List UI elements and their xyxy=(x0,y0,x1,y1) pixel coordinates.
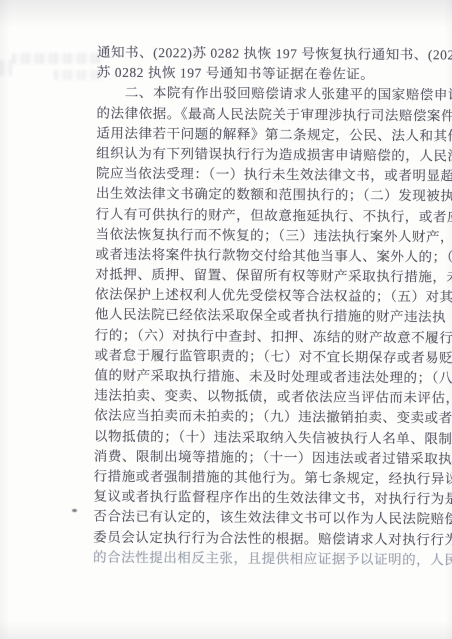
scan-edge-shadow-bottom xyxy=(0,621,452,639)
scan-edge-shadow-left xyxy=(0,0,10,639)
document-text: 通知书、(2022)苏 0282 执恢 197 号恢复执行通知书、(2022)苏… xyxy=(93,43,437,571)
text-line: 值的财产采取执行措施、未及时处理或者违法处理的；（八） xyxy=(94,366,434,389)
ink-speck xyxy=(72,509,77,512)
text-line: 院应当依法受理：（一）执行未生效法律文书，或者明显超 xyxy=(96,164,436,187)
text-line: 他人民法院已经依法采取保全或者执行措施的财产违法执 xyxy=(95,305,435,328)
text-line: 依法保护上述权利人优先受偿权等合法权益的；（五）对其 xyxy=(95,285,435,308)
text-line: 依法应当拍卖而未拍卖的；（九）违法撤销拍卖、变卖或者 xyxy=(94,406,434,429)
text-line: 否合法已有认定的，该生效法律文书可以作为人民法院赔偿 xyxy=(93,507,433,530)
text-line: 以物抵债的；（十）违法采取纳入失信被执行人名单、限制 xyxy=(94,426,434,449)
scanned-document-page: 通知书、(2022)苏 0282 执恢 197 号恢复执行通知书、(2022)苏… xyxy=(0,0,452,639)
text-line: 行措施或者强制措施的其他行为。第七条规定，经执行异议、 xyxy=(94,467,434,490)
scan-edge-shadow-top xyxy=(0,0,452,28)
bleed-through-ghost xyxy=(54,70,102,80)
text-line: 对抵押、质押、留置、保留所有权等财产采取执行措施，未 xyxy=(95,265,435,288)
text-line: 二、本院有作出驳回赔偿请求人张建平的国家赔偿申请 xyxy=(97,83,437,106)
text-line: 行人有可供执行的财产，但故意拖延执行、不执行，或者应 xyxy=(96,204,436,227)
text-line: 违法拍卖、变卖、以物抵债，或者依法应当评估而未评估， xyxy=(94,386,434,409)
text-line: 的法律依据。《最高人民法院关于审理涉执行司法赔偿案件 xyxy=(96,103,436,126)
text-line: 出生效法律文书确定的数额和范围执行的；（二）发现被执 xyxy=(96,184,436,207)
text-line: 行的；（六）对执行中查封、扣押、冻结的财产故意不履行 xyxy=(95,325,435,348)
text-line: 的合法性提出相反主张，且提供相应证据予以证明的，人民 xyxy=(93,547,433,570)
text-line: 苏 0282 执恢 197 号通知书等证据在卷佐证。 xyxy=(97,63,437,86)
text-line: 消费、限制出境等措施的；（十一）因违法或者过错采取执 xyxy=(94,446,434,469)
text-line: 通知书、(2022)苏 0282 执恢 197 号恢复执行通知书、(2022) xyxy=(97,43,437,66)
text-line: 复议或者执行监督程序作出的生效法律文书，对执行行为是 xyxy=(93,487,433,510)
bleed-through-ghost xyxy=(12,53,102,64)
text-line: 委员会认定执行行为合法性的根据。赔偿请求人对执行行为 xyxy=(93,527,433,550)
text-line: 或者违法将案件执行款物交付给其他当事人、案外人的；（四） xyxy=(95,245,435,268)
text-line: 当依法恢复执行而不恢复的；（三）违法执行案外人财产， xyxy=(95,224,435,247)
bleed-through-ghost xyxy=(0,60,12,76)
text-line: 组织认为有下列错误执行行为造成损害申请赔偿的，人民法 xyxy=(96,144,436,167)
text-line: 适用法律若干问题的解释》第二条规定，公民、法人和其他 xyxy=(96,123,436,146)
text-line: 或者怠于履行监管职责的；（七）对不宜长期保存或者易贬 xyxy=(95,345,435,368)
